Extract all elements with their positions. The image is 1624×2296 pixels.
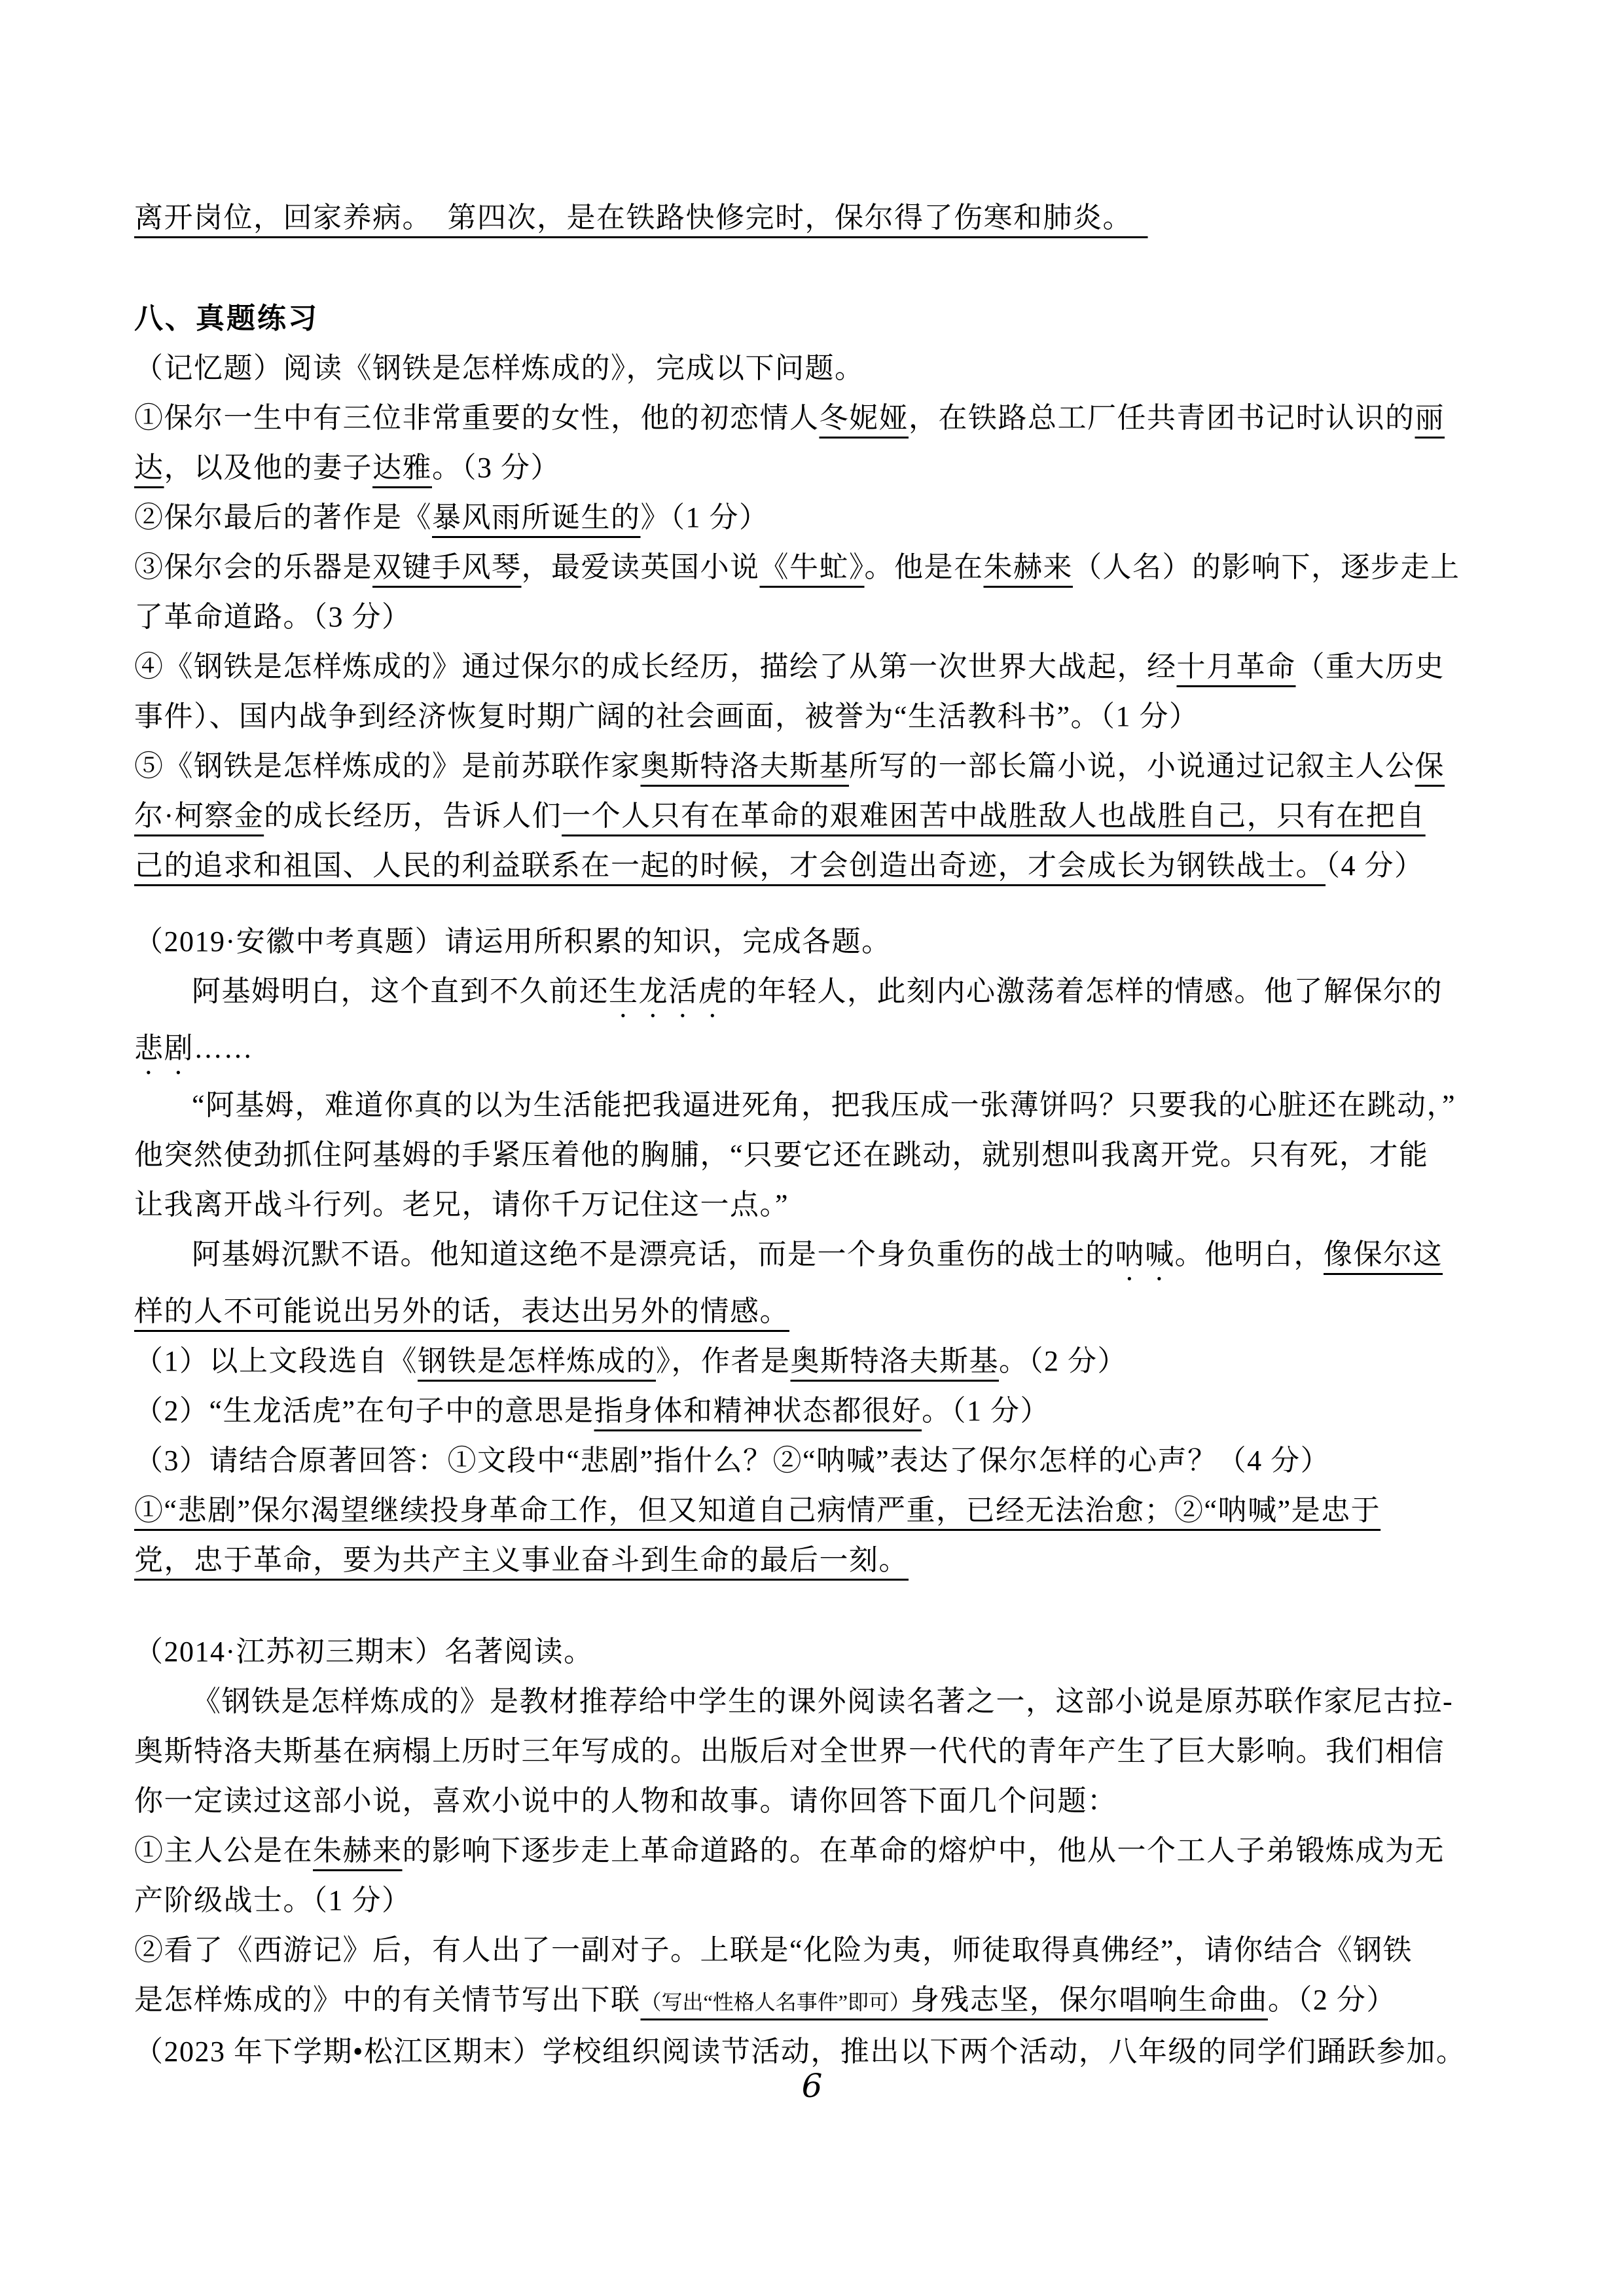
text-segment: 》（1 分） [641, 501, 769, 533]
underlined-text: 十月革命 [1177, 651, 1296, 683]
text-segment: ①主人公是在 [134, 1835, 313, 1867]
question-5-line-3: 己的追求和祖国、人民的利益联系在一起的时候，才会创造出奇迹，才会成长为钢铁战士。… [134, 841, 1515, 891]
text-segment: 所写的一部长篇小说，小说通过记叙主人公 [849, 750, 1415, 782]
question-4-line-2: 事件）、国内战争到经济恢复时期广阔的社会画面，被誉为“生活教科书”。（1 分） [134, 692, 1515, 742]
underlined-text: 样的人不可能说出另外的话，表达出另外的情感。 [134, 1295, 789, 1327]
section-heading-practice: 八、真题练习 [134, 294, 1515, 344]
underlined-text: 党，忠于革命，要为共产主义事业奋斗到生命的最后一刻。 [134, 1544, 909, 1576]
underlined-text: 《牛虻》 [760, 551, 865, 583]
text-segment: ，最爱读英国小说 [522, 551, 760, 583]
text-segment: “阿基姆，难道你真的以为生活能把我逼进死角，把我压成一张薄饼吗？只要我的心脏还在… [192, 1089, 1456, 1121]
text-segment: （记忆题）阅读《钢铁是怎样炼成的》，完成以下问题。 [134, 352, 865, 384]
passage-line-1: 阿基姆明白，这个直到不久前还生龙活虎的年轻人，此刻内心激荡着怎样的情感。他了解保… [134, 967, 1515, 1024]
passage-line-6: 阿基姆沉默不语。他知道这绝不是漂亮话，而是一个身负重伤的战士的呐喊。他明白，像保… [134, 1230, 1515, 1287]
underlined-text: 身残志坚，保尔唱响生命曲 [911, 1984, 1268, 2016]
underlined-text: 像保尔这 [1324, 1238, 1443, 1270]
text-segment: ①保尔一生中有三位非常重要的女性，他的初恋情人 [134, 402, 820, 434]
text-segment: ②看了《西游记》后，有人出了一副对子。上联是“化险为夷，师徒取得真佛经”，请你结… [134, 1934, 1413, 1966]
underlined-text: 奥斯特洛夫斯基 [641, 750, 850, 782]
text-segment: 》，作者是 [656, 1345, 791, 1377]
text-segment: （2019·安徽中考真题）请运用所积累的知识，完成各题。 [134, 925, 892, 958]
question-1-line-1: ①保尔一生中有三位非常重要的女性，他的初恋情人冬妮娅，在铁路总工厂任共青团书记时… [134, 393, 1515, 443]
passage-2014-line-1: 《钢铁是怎样炼成的》是教材推荐给中学生的课外阅读名著之一，这部小说是原苏联作家尼… [134, 1677, 1515, 1727]
underlined-text: 钢铁是怎样炼成的 [418, 1345, 656, 1377]
text-segment: 的成长经历，告诉人们 [264, 800, 562, 832]
text-segment: （重大历史 [1296, 651, 1445, 683]
question-1-line-2: 达，以及他的妻子达雅。（3 分） [134, 443, 1515, 493]
emphasized-text: 呐喊 [1115, 1238, 1175, 1270]
underlined-text: 己的追求和祖国、人民的利益联系在一起的时候，才会创造出奇迹，才会成长为钢铁战士。 [134, 850, 1326, 882]
passage-line-7: 样的人不可能说出另外的话，表达出另外的情感。 [134, 1287, 1515, 1336]
passage-2014-line-3: 你一定读过这部小说，喜欢小说中的人物和故事。请你回答下面几个问题： [134, 1776, 1515, 1826]
question-2014-2-line-2: 是怎样炼成的》中的有关情节写出下联（写出“性格人名事件”即可）身残志坚，保尔唱响… [134, 1975, 1515, 2027]
underlined-text: 朱赫来 [313, 1835, 403, 1867]
text-segment: 阿基姆明白，这个直到不久前还 [192, 975, 609, 1007]
text-segment: 了革命道路。（3 分） [134, 601, 412, 633]
underlined-text: 一个人只有在革命的艰难困苦中战胜敌人也战胜自己，只有在把自 [562, 800, 1426, 832]
underlined-text: 奥斯特洛夫斯基 [791, 1345, 1000, 1377]
text-segment: 奥斯特洛夫斯基在病榻上历时三年写成的。出版后对全世界一代代的青年产生了巨大影响。… [134, 1735, 1445, 1767]
question-3-line-2: 了革命道路。（3 分） [134, 592, 1515, 642]
text-segment: 的影响下逐步走上革命道路的。在革命的熔炉中，他从一个工人子弟锻炼成为无 [403, 1835, 1445, 1867]
text-segment: 他突然使劲抓住阿基姆的手紧压着他的胸脯，“只要它还在跳动，就别想叫我离开党。只有… [134, 1139, 1429, 1171]
underlined-text: 朱赫来 [984, 551, 1074, 583]
question-2014-1-line-1: ①主人公是在朱赫来的影响下逐步走上革命道路的。在革命的熔炉中，他从一个工人子弟锻… [134, 1826, 1515, 1876]
text-segment: （2）“生龙活虎”在句子中的意思是 [134, 1395, 594, 1427]
emphasized-text: 生龙活虎 [609, 975, 728, 1007]
text-segment: （1）以上文段选自《 [134, 1345, 418, 1377]
question-intro-memory: （记忆题）阅读《钢铁是怎样炼成的》，完成以下问题。 [134, 344, 1515, 393]
question-3-line-1: ③保尔会的乐器是双键手风琴，最爱读英国小说《牛虻》。他是在朱赫来（人名）的影响下… [134, 543, 1515, 592]
underlined-text: （写出“性格人名事件”即可） [641, 1990, 911, 2014]
text-segment: ，以及他的妻子 [164, 452, 373, 484]
underlined-text: 保 [1415, 750, 1445, 782]
sub-question-1: （1）以上文段选自《钢铁是怎样炼成的》，作者是奥斯特洛夫斯基。（2 分） [134, 1336, 1515, 1386]
text-segment: 。他是在 [865, 551, 984, 583]
text-segment: （人名）的影响下，逐步走上 [1073, 551, 1460, 583]
question-2014-1-line-2: 产阶级战士。（1 分） [134, 1876, 1515, 1926]
text-segment: （3）请结合原著回答：①文段中“悲剧”指什么？②“呐喊”表达了保尔怎样的心声？（… [134, 1444, 1330, 1477]
underlined-text: 暴风雨所诞生的 [432, 501, 641, 533]
passage-line-2: 悲剧…… [134, 1024, 1515, 1081]
text-segment: ③保尔会的乐器是 [134, 551, 372, 583]
text-segment: 八、真题练习 [134, 302, 319, 334]
passage-line-3: “阿基姆，难道你真的以为生活能把我逼进死角，把我压成一张薄饼吗？只要我的心脏还在… [134, 1081, 1515, 1130]
question-2014-2-line-1: ②看了《西游记》后，有人出了一副对子。上联是“化险为夷，师徒取得真佛经”，请你结… [134, 1926, 1515, 1975]
text-segment: （2014·江苏初三期末）名著阅读。 [134, 1636, 594, 1668]
text-segment: 让我离开战斗行列。老兄，请你千万记住这一点。” [134, 1189, 789, 1221]
document-body: 离开岗位，回家养病。 第四次，是在铁路快修完时，保尔得了伤寒和肺炎。 八、真题练… [134, 193, 1515, 2077]
question-5-line-2: 尔·柯察金的成长经历，告诉人们一个人只有在革命的艰难困苦中战胜敌人也战胜自己，只… [134, 791, 1515, 841]
text-segment: ②保尔最后的著作是《 [134, 501, 432, 533]
text-segment: ④《钢铁是怎样炼成的》通过保尔的成长经历，描绘了从第一次世界大战起，经 [134, 651, 1177, 683]
question-5-line-1: ⑤《钢铁是怎样炼成的》是前苏联作家奥斯特洛夫斯基所写的一部长篇小说，小说通过记叙… [134, 742, 1515, 791]
text-segment: ⑤《钢铁是怎样炼成的》是前苏联作家 [134, 750, 641, 782]
page-number: 6 [0, 2067, 1624, 2105]
answer-3-line-1: ①“悲剧”保尔渴望继续投身革命工作，但又知道自己病情严重，已经无法治愈；②“呐喊… [134, 1486, 1515, 1535]
exam-2019-intro: （2019·安徽中考真题）请运用所积累的知识，完成各题。 [134, 917, 1515, 967]
emphasized-text: 悲剧 [134, 1032, 194, 1064]
underlined-text: 达雅 [372, 452, 432, 484]
text-segment: 。（2 分） [999, 1345, 1127, 1377]
text-segment: 《钢铁是怎样炼成的》是教材推荐给中学生的课外阅读名著之一，这部小说是原苏联作家尼… [192, 1685, 1453, 1717]
underlined-text: 冬妮娅 [820, 402, 909, 434]
underlined-text: 离开岗位，回家养病。 第四次，是在铁路快修完时，保尔得了伤寒和肺炎。 [134, 202, 1118, 234]
text-segment: 。（1 分） [922, 1395, 1050, 1427]
passage-2014-line-2: 奥斯特洛夫斯基在病榻上历时三年写成的。出版后对全世界一代代的青年产生了巨大影响。… [134, 1727, 1515, 1776]
text-segment: 事件）、国内战争到经济恢复时期广阔的社会画面，被誉为“生活教科书”。（1 分） [134, 700, 1199, 732]
question-4-line-1: ④《钢铁是怎样炼成的》通过保尔的成长经历，描绘了从第一次世界大战起，经十月革命（… [134, 642, 1515, 692]
text-segment: （2023 年下学期•松江区期末）学校组织阅读节活动，推出以下两个活动，八年级的… [134, 2036, 1466, 2068]
passage-line-4: 他突然使劲抓住阿基姆的手紧压着他的胸脯，“只要它还在跳动，就别想叫我离开党。只有… [134, 1130, 1515, 1180]
passage-line-5: 让我离开战斗行列。老兄，请你千万记住这一点。” [134, 1180, 1515, 1230]
answer-line-carryover: 离开岗位，回家养病。 第四次，是在铁路快修完时，保尔得了伤寒和肺炎。 [134, 193, 1515, 243]
text-segment: …… [194, 1032, 253, 1064]
question-2: ②保尔最后的著作是《暴风雨所诞生的》（1 分） [134, 493, 1515, 543]
text-segment: 。（3 分） [432, 452, 560, 484]
sub-question-3: （3）请结合原著回答：①文段中“悲剧”指什么？②“呐喊”表达了保尔怎样的心声？（… [134, 1436, 1515, 1486]
underlined-text: 丽 [1415, 402, 1445, 434]
text-segment: 你一定读过这部小说，喜欢小说中的人物和故事。请你回答下面几个问题： [134, 1785, 1117, 1817]
text-segment: 的年轻人，此刻内心激荡着怎样的情感。他了解保尔的 [728, 975, 1443, 1007]
text-segment: （4 分） [1326, 850, 1424, 882]
text-segment: 。（2 分） [1268, 1984, 1396, 2016]
text-segment: 。他明白， [1175, 1238, 1324, 1270]
underlined-text: 指身体和精神状态都很好 [594, 1395, 922, 1427]
underlined-text: 达 [134, 452, 164, 484]
text-segment: 是怎样炼成的》中的有关情节写出下联 [134, 1984, 641, 2016]
underlined-text [1118, 202, 1148, 234]
underlined-text: 尔·柯察金 [134, 800, 264, 832]
answer-3-line-2: 党，忠于革命，要为共产主义事业奋斗到生命的最后一刻。 [134, 1535, 1515, 1585]
exam-2014-intro: （2014·江苏初三期末）名著阅读。 [134, 1627, 1515, 1677]
text-segment: 阿基姆沉默不语。他知道这绝不是漂亮话，而是一个身负重伤的战士的 [192, 1238, 1115, 1270]
sub-question-2: （2）“生龙活虎”在句子中的意思是指身体和精神状态都很好。（1 分） [134, 1386, 1515, 1436]
text-segment: 产阶级战士。（1 分） [134, 1884, 412, 1916]
text-segment: ，在铁路总工厂任共青团书记时认识的 [909, 402, 1415, 434]
underlined-text: ①“悲剧”保尔渴望继续投身革命工作，但又知道自己病情严重，已经无法治愈；②“呐喊… [134, 1494, 1380, 1526]
underlined-text: 双键手风琴 [372, 551, 522, 583]
document-page: 离开岗位，回家养病。 第四次，是在铁路快修完时，保尔得了伤寒和肺炎。 八、真题练… [0, 0, 1624, 2296]
